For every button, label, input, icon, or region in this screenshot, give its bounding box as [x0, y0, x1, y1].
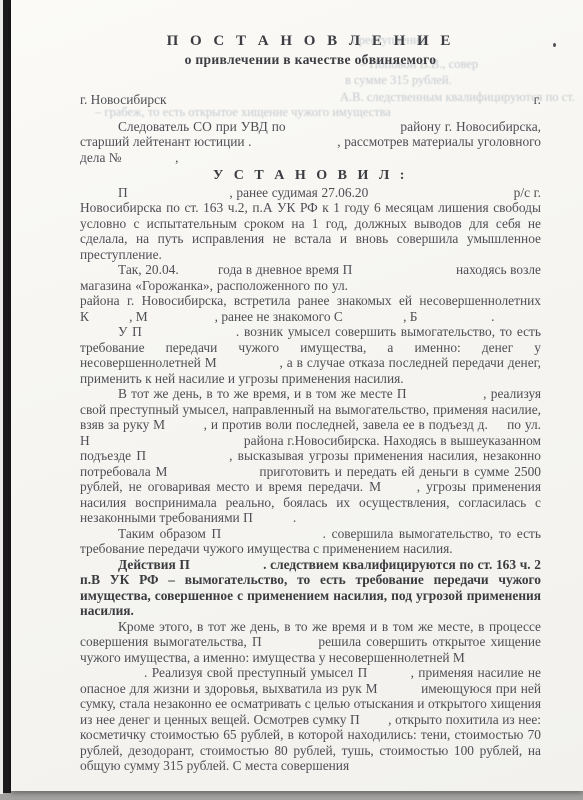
established-heading: У С Т А Н О В И Л : [80, 168, 541, 184]
document-page: преступления – Поповой В.В., совер в сум… [11, 0, 583, 791]
scan-edge-black-strip [3, 0, 11, 793]
place-date-abbrev: г. [534, 92, 541, 108]
paragraph-extortion-conclusion: Таким образом П . совершила вымогательст… [80, 526, 541, 557]
intro-paragraph: Следователь СО при УВД по району г. Ново… [80, 119, 541, 166]
scan-speck [553, 43, 556, 47]
title-block: П О С Т А Н О В Л Е Н И Е о привлечении … [80, 34, 541, 67]
place-city: г. Новосибирск [80, 92, 167, 108]
place-date-line: г. Новосибирск г. [80, 92, 541, 108]
paragraph-extortion-details: В тот же день, в то же время, и в том же… [80, 386, 541, 526]
document-subtitle: о привлечении в качестве обвиняемого [80, 52, 541, 68]
scanned-document-screen: преступления – Поповой В.В., совер в сум… [0, 0, 583, 800]
paragraph-intent-extortion: У П . возник умысел совершить вымогатель… [80, 324, 541, 386]
document-content: П О С Т А Н О В Л Е Н И Е о привлечении … [80, 0, 541, 774]
paragraph-conviction-history: П , ранее судимая 27.06.20 р/с г. Новоси… [80, 185, 541, 263]
document-title: П О С Т А Н О В Л Е Н И Е [80, 34, 541, 50]
paragraph-qualification-bold: Действия П . следствием квалифицируются … [80, 557, 541, 619]
paragraph-incident-meeting: Так, 20.04. года в дневное время П наход… [80, 262, 541, 324]
paragraph-robbery-intent: Кроме этого, в тот же день, в то же врем… [80, 619, 541, 666]
paragraph-robbery-details: . Реализуя свой преступный умысел П , пр… [80, 665, 541, 774]
